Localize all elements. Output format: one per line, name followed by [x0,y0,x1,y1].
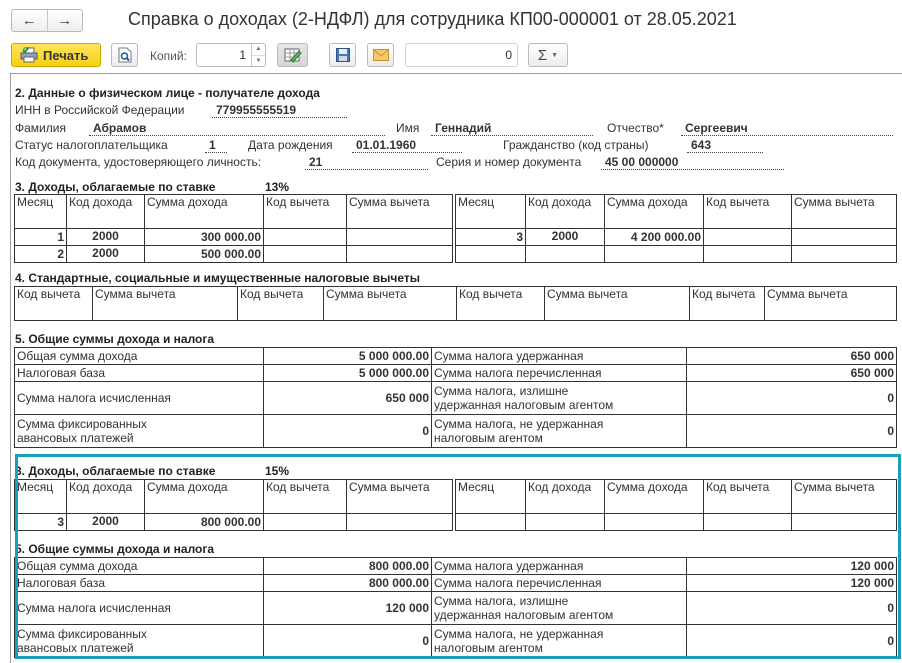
envelope-icon [373,49,389,61]
patronymic-value: Сергеевич [681,121,893,136]
inn-value: 779955555519 [212,103,347,118]
table-row: 1 2000 300 000.00 [15,229,453,246]
section-3-15-rate: 15% [265,464,289,478]
section-2-title: 2. Данные о физическом лице - получателе… [15,86,320,100]
header-month: Месяц [15,195,67,229]
table-row: Сумма налога исчисленная 120 000 Сумма н… [15,592,897,625]
name-label: Имя [396,121,419,135]
table-row: 2 2000 500 000.00 [15,246,453,263]
arrow-left-icon: ← [22,12,37,29]
header-income-code: Код дохода [67,195,145,229]
header-income-sum: Сумма дохода [145,195,264,229]
title-bar: ← → Справка о доходах (2-НДФЛ) для сотру… [0,0,902,40]
section-3-15-title: 3. Доходы, облагаемые по ставке [15,464,215,478]
doc-number-value: 45 00 000000 [601,155,784,170]
table-row: Сумма фиксированных авансовых платежей 0… [15,625,897,658]
section-5-15-title: 5. Общие суммы дохода и налога [15,542,214,556]
doc-number-label: Серия и номер документа [436,155,581,169]
header-deduction-code: Код вычета [264,195,347,229]
table-row: Сумма фиксированных авансовых платежей 0… [15,415,897,448]
spin-down-icon[interactable]: ▼ [252,55,265,67]
table-row: Налоговая база 5 000 000.00 Сумма налога… [15,365,897,382]
table-row: Общая сумма дохода 5 000 000.00 Сумма на… [15,348,897,365]
table-row: 3 2000 4 200 000.00 [456,229,897,246]
preview-button[interactable] [111,43,138,67]
table-row: Общая сумма дохода 800 000.00 Сумма нало… [15,558,897,575]
window-title: Справка о доходах (2-НДФЛ) для сотрудник… [128,9,737,30]
copies-label: Копий: [150,49,187,63]
section-5-13-title: 5. Общие суммы дохода и налога [15,332,214,346]
birth-date-label: Дата рождения [248,138,333,152]
doc-code-value: 21 [305,155,428,170]
spin-up-icon[interactable]: ▲ [252,44,265,55]
table-row: Налоговая база 800 000.00 Сумма налога п… [15,575,897,592]
forward-button[interactable]: → [47,10,83,31]
table-row [456,246,897,263]
section-3-13-rate: 13% [265,180,289,194]
section-4-title: 4. Стандартные, социальные и имущественн… [15,271,420,285]
edit-mode-button[interactable] [277,43,308,67]
back-button[interactable]: ← [12,10,47,31]
chevron-down-icon: ▼ [551,52,558,59]
edit-table-icon [284,47,302,63]
sum-field[interactable]: 0 [405,43,518,67]
status-value: 1 [205,138,227,153]
doc-code-label: Код документа, удостоверяющего личность: [15,155,261,169]
section-3-13-title: 3. Доходы, облагаемые по ставке [15,180,215,194]
name-value: Геннадий [431,121,593,136]
status-label: Статус налогоплательщика [15,138,168,152]
income-table-15-left: Месяц Код дохода Сумма дохода Код вычета… [14,479,453,531]
arrow-right-icon: → [57,12,72,29]
table-row: 3 2000 800 000.00 [15,514,453,531]
inn-label: ИНН в Российской Федерации [15,103,185,117]
toolbar: Печать Копий: 1 ▲ ▼ [0,40,902,72]
header-deduction-sum: Сумма вычета [347,195,453,229]
save-disk-icon [336,48,350,62]
spreadsheet-document[interactable]: 2. Данные о физическом лице - получателе… [10,73,902,663]
preview-icon [118,47,132,63]
send-email-button[interactable] [367,43,394,67]
surname-label: Фамилия [15,121,66,135]
birth-date-value: 01.01.1960 [352,138,462,153]
navigation-buttons: ← → [11,9,83,32]
income-table-13-left: Месяц Код дохода Сумма дохода Код вычета… [14,194,453,263]
income-table-15-right: Месяц Код дохода Сумма дохода Код вычета… [455,479,897,531]
copies-stepper[interactable]: 1 ▲ ▼ [196,43,266,67]
print-label: Печать [43,48,88,63]
sum-dropdown-button[interactable]: Σ ▼ [528,43,568,67]
surname-value: Абрамов [89,121,385,136]
totals-table-15: Общая сумма дохода 800 000.00 Сумма нало… [14,557,897,658]
save-button[interactable] [329,43,356,67]
deductions-table: Код вычета Сумма вычета Код вычета Сумма… [14,286,897,321]
patronymic-label: Отчество* [607,121,664,135]
sigma-icon: Σ [538,47,547,64]
citizenship-value: 643 [687,138,763,153]
table-row: Сумма налога исчисленная 650 000 Сумма н… [15,382,897,415]
citizenship-label: Гражданство (код страны) [503,138,648,152]
printer-icon [20,47,38,63]
totals-table-13: Общая сумма дохода 5 000 000.00 Сумма на… [14,347,897,448]
copies-input[interactable]: 1 [197,44,251,66]
table-row [456,514,897,531]
print-button[interactable]: Печать [11,43,101,67]
income-table-13-right: Месяц Код дохода Сумма дохода Код вычета… [455,194,897,263]
